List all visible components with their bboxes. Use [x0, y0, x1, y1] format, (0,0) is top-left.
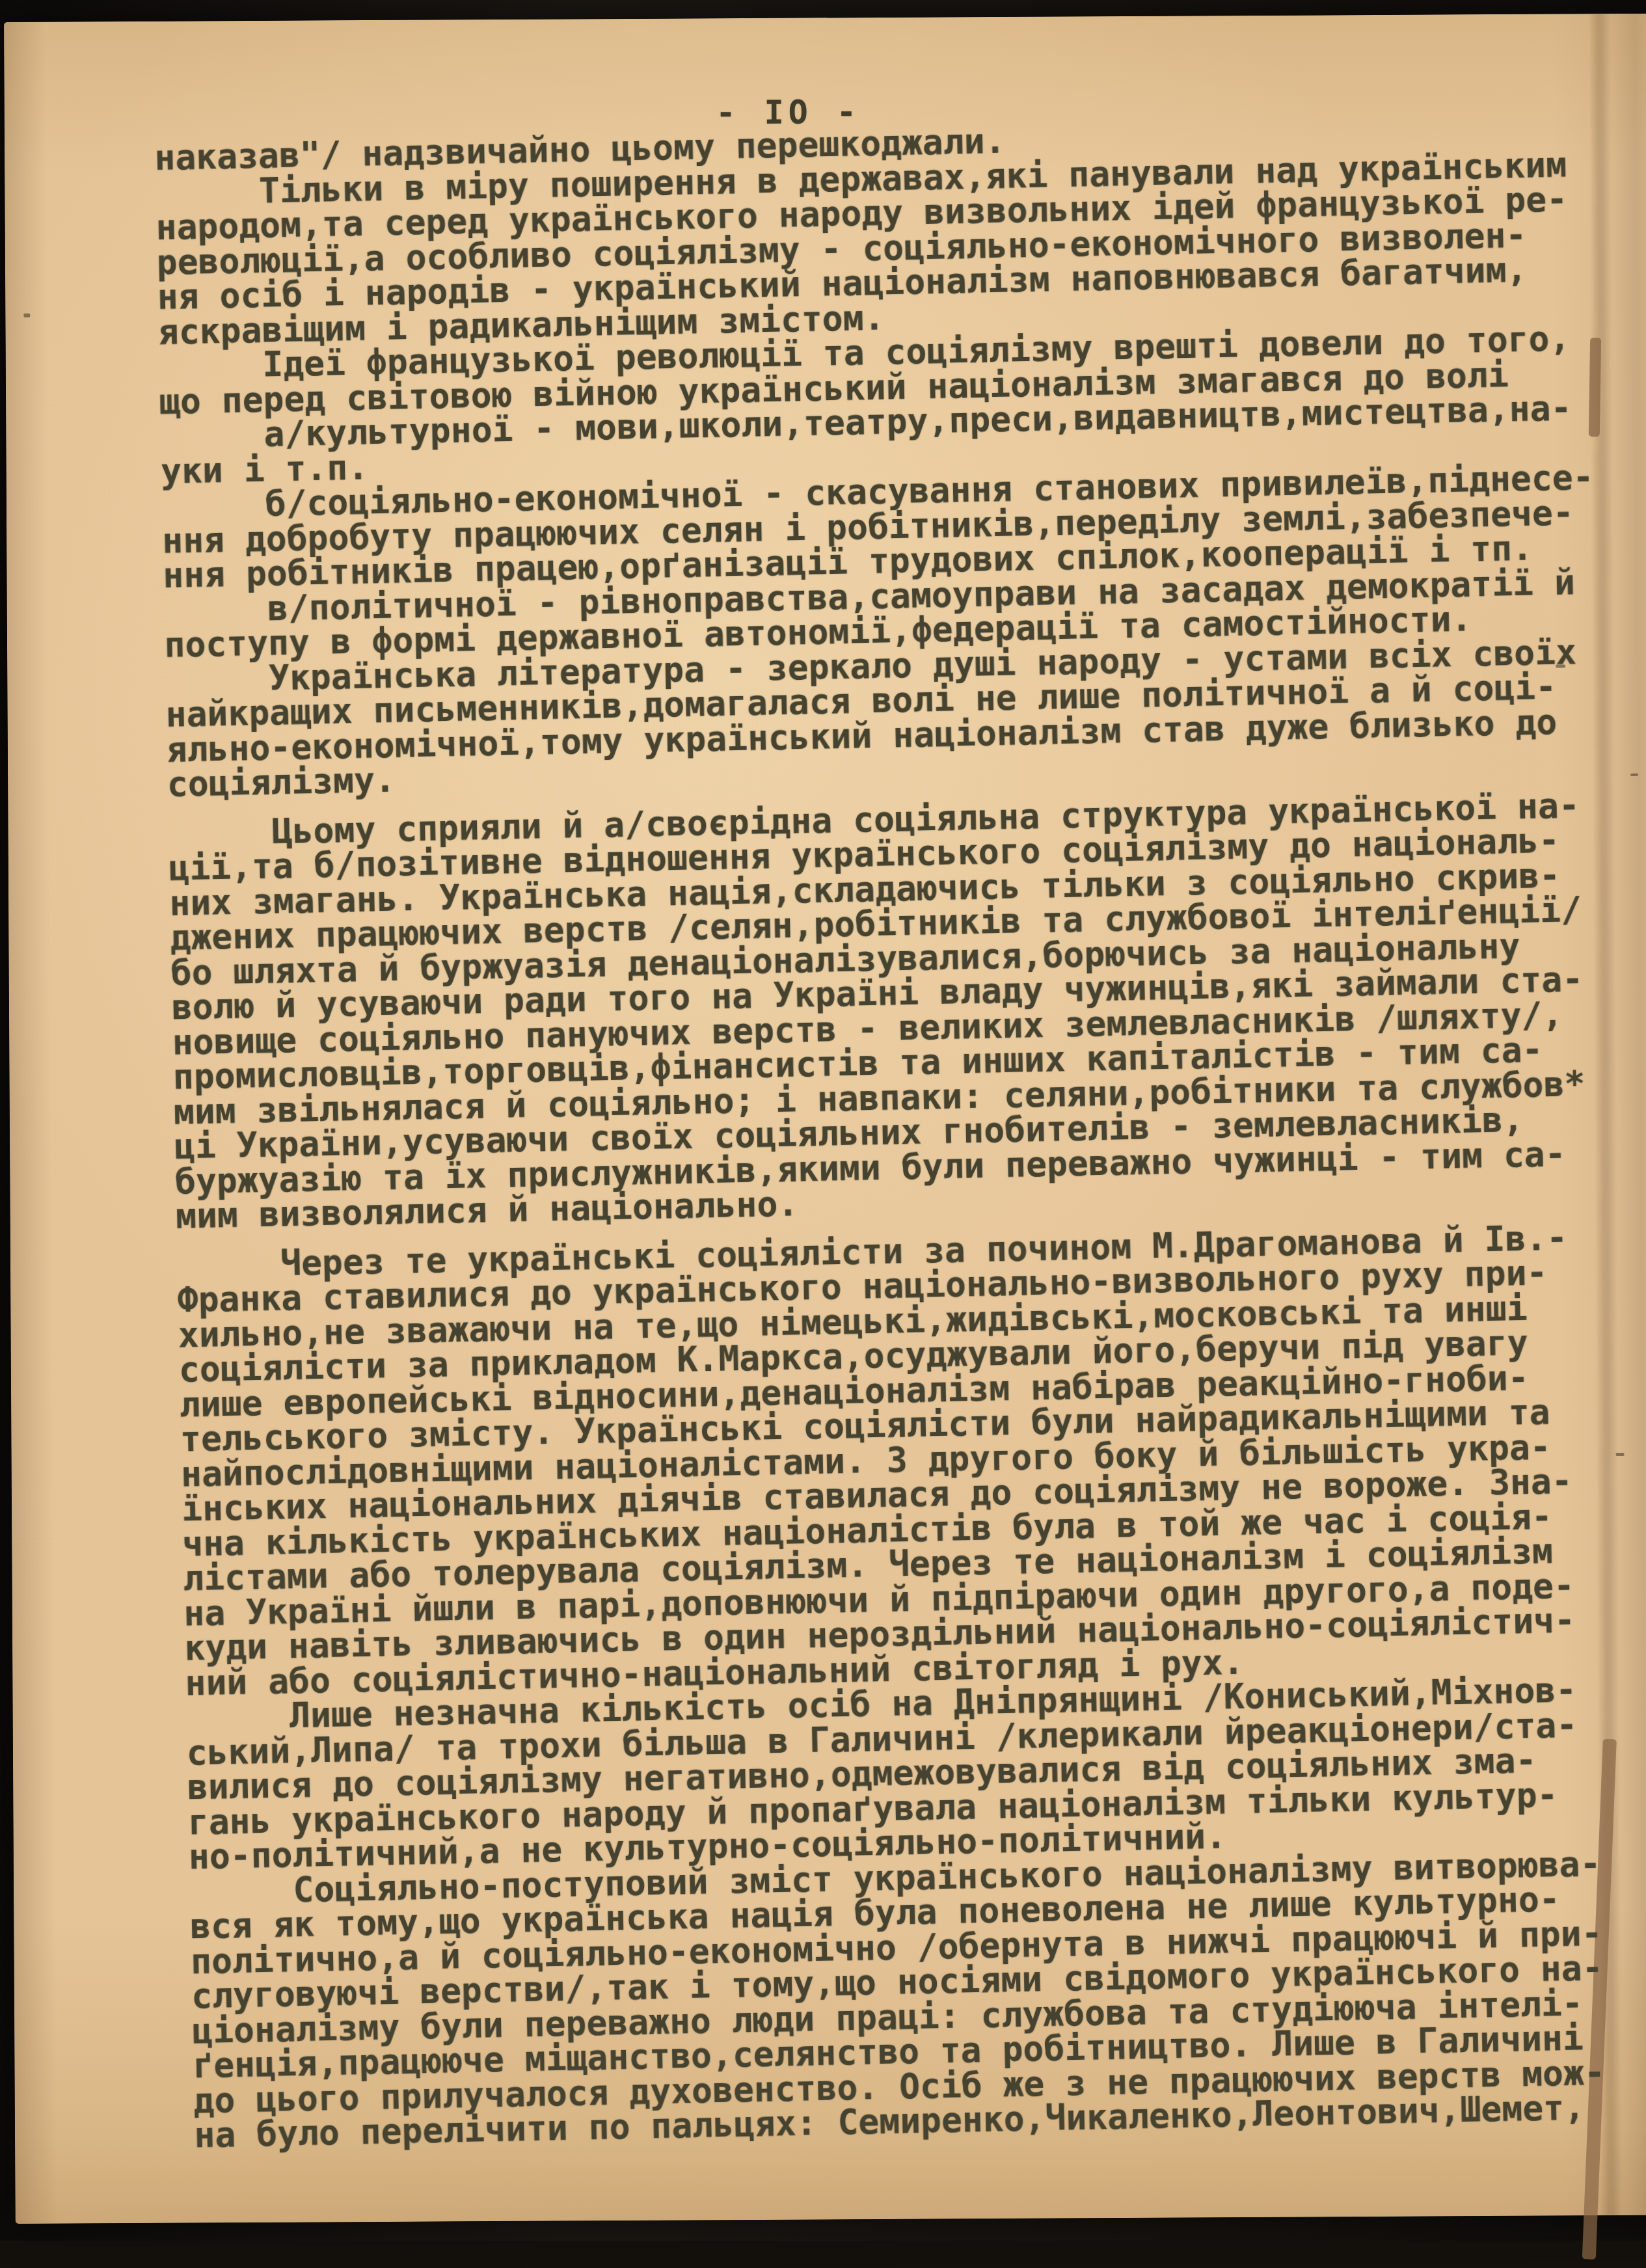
ink-speck: [1630, 774, 1638, 776]
typed-text-block: наказав"/ надзвичайно цьому перешкоджали…: [154, 112, 1646, 2153]
photo-backdrop: - ІО - наказав"/ надзвичайно цьому переш…: [0, 0, 1646, 2241]
ink-speck: [23, 314, 30, 317]
document-page: - ІО - наказав"/ надзвичайно цьому переш…: [4, 13, 1646, 2223]
